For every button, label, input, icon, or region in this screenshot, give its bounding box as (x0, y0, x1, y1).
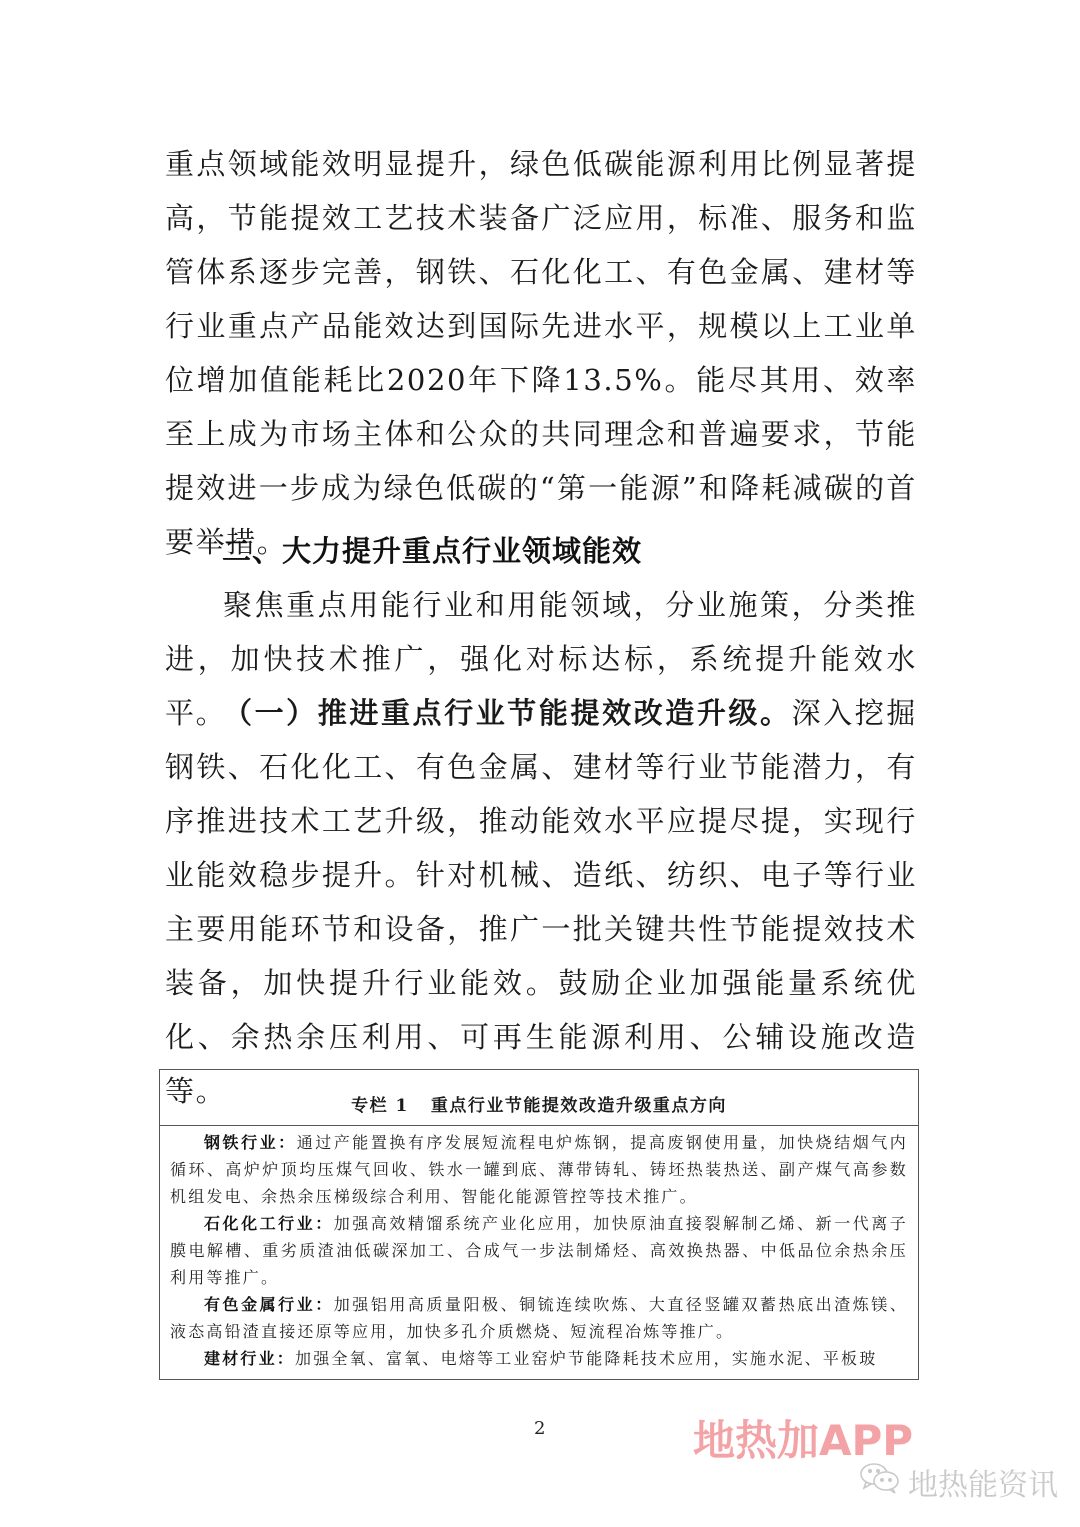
box-item-petrochemical: 石化化工行业：加强高效精馏系统产业化应用，加快原油直接裂解制乙烯、新一代离子膜电… (170, 1210, 908, 1291)
box-item-label: 建材行业： (204, 1349, 295, 1368)
box-item-label: 钢铁行业： (204, 1133, 297, 1152)
subsection-lead: （一）推进重点行业节能提效改造升级。 (223, 696, 792, 730)
column-box-header: 专栏 1 重点行业节能提效改造升级重点方向 (160, 1070, 918, 1126)
box-item-building-materials: 建材行业：加强全氧、富氧、电熔等工业窑炉节能降耗技术应用，实施水泥、平板玻 (170, 1345, 908, 1372)
box-item-text: 加强全氧、富氧、电熔等工业窑炉节能降耗技术应用，实施水泥、平板玻 (295, 1349, 877, 1368)
watermark-app-label: 地热加APP (693, 1408, 913, 1468)
watermark-wechat: 地热能资讯 (858, 1460, 1058, 1504)
watermark-account-name: 地热能资讯 (908, 1460, 1058, 1504)
box-item-nonferrous: 有色金属行业：加强铝用高质量阳极、铜锍连续吹炼、大直径竖罐双蓄热底出渣炼镁、液态… (170, 1291, 908, 1345)
column-box-number: 专栏 1 (351, 1091, 409, 1116)
subsection-body: 深入挖掘钢铁、石化化工、有色金属、建材等行业节能潜力，有序推进技术工艺升级，推动… (165, 696, 917, 1108)
section-heading: 二、大力提升重点行业领域能效 (222, 524, 642, 578)
column-box-title: 重点行业节能提效改造升级重点方向 (431, 1091, 727, 1116)
box-item-label: 有色金属行业： (204, 1295, 334, 1314)
page-number: 2 (534, 1418, 545, 1439)
paragraph-goals: 重点领域能效明显提升，绿色低碳能源利用比例显著提高，节能提效工艺技术装备广泛应用… (165, 137, 917, 569)
column-box: 专栏 1 重点行业节能提效改造升级重点方向 钢铁行业：通过产能置换有序发展短流程… (159, 1069, 919, 1380)
column-box-body: 钢铁行业：通过产能置换有序发展短流程电炉炼钢，提高废钢使用量，加快烧结烟气内循环… (160, 1126, 918, 1372)
box-item-steel: 钢铁行业：通过产能置换有序发展短流程电炉炼钢，提高废钢使用量，加快烧结烟气内循环… (170, 1129, 908, 1210)
box-item-label: 石化化工行业： (204, 1214, 334, 1233)
wechat-icon (858, 1460, 902, 1504)
document-page: 重点领域能效明显提升，绿色低碳能源利用比例显著提高，节能提效工艺技术装备广泛应用… (0, 0, 1080, 1527)
paragraph-industry-upgrade: （一）推进重点行业节能提效改造升级。深入挖掘钢铁、石化化工、有色金属、建材等行业… (165, 686, 917, 1118)
